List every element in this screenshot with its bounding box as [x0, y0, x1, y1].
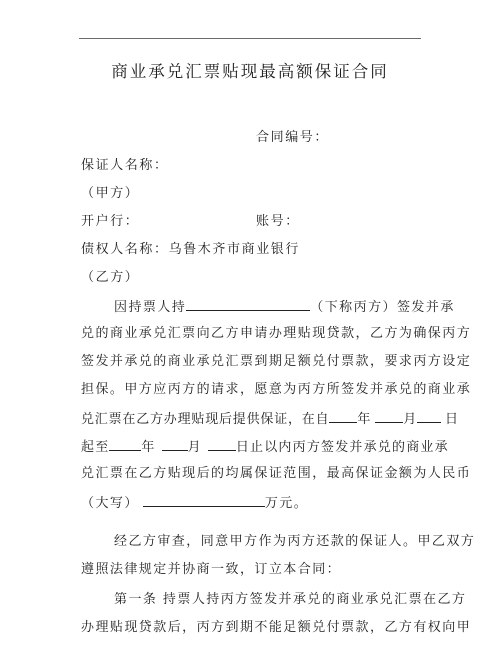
recital-line-2: 兑的商业承兑汇票向乙方申请办理贴现贷款，乙方为确保丙方 — [81, 326, 423, 342]
document-title: 商业承兑汇票贴现最高额保证合同 — [0, 58, 500, 82]
amount-in-words-blank — [143, 494, 265, 507]
recital-line-7: 兑汇票在乙方贴现后的均属保证范围，最高保证金额为人民币 — [81, 466, 423, 482]
agreement-line-1: 经乙方审查，同意甲方作为丙方还款的保证人。甲乙双方 — [81, 534, 456, 550]
recital-line-3: 签发并承兑的商业承兑汇票到期足额兑付票款，要求丙方设定 — [81, 354, 423, 370]
end-month-blank — [162, 438, 188, 451]
recital-line-8: （大写）万元。 — [81, 494, 423, 512]
end-year-blank — [109, 438, 141, 451]
drawer-name-blank — [186, 298, 310, 311]
start-day-blank — [417, 410, 441, 423]
recital-line-5: 兑汇票在乙方办理贴现后提供保证，在自年月日 — [81, 410, 423, 428]
contract-number-label: 合同编号： — [256, 130, 329, 146]
recital-line-6: 起至年月日止以内丙方签发并承兑的商业承 — [81, 438, 423, 456]
party-b-label: （乙方） — [81, 270, 139, 286]
bank-label: 开户行： — [81, 214, 139, 230]
article-1-line-1: 第一条 持票人持丙方签发并承兑的商业承兑汇票在乙方 — [81, 592, 456, 608]
agreement-line-2: 遵照法律规定并协商一致，订立本合同： — [81, 562, 423, 578]
article-1-line-2: 办理贴现贷款后，丙方到期不能足额兑付票款，乙方有权向甲 — [81, 620, 423, 636]
creditor-name-label: 债权人名称：乌鲁木齐市商业银行 — [81, 242, 300, 258]
start-month-blank — [375, 410, 403, 423]
recital-line-4: 担保。甲方应丙方的请求，愿意为丙方所签发并承兑的商业承 — [81, 382, 423, 398]
guarantor-name-label: 保证人名称： — [81, 158, 169, 174]
start-year-blank — [329, 410, 357, 423]
account-number-label: 账号： — [256, 214, 300, 230]
party-a-label: （甲方） — [81, 186, 139, 202]
recital-line-1: 因持票人持（下称丙方）签发并承 — [81, 298, 456, 316]
end-day-blank — [208, 438, 236, 451]
header-rule — [79, 38, 421, 39]
